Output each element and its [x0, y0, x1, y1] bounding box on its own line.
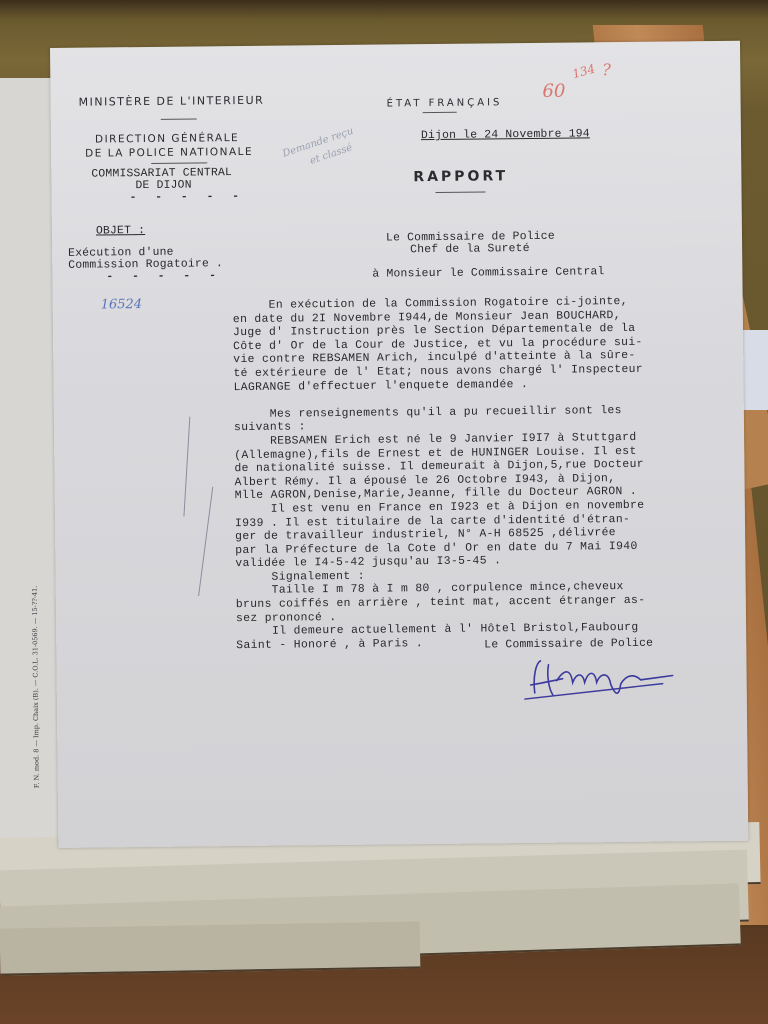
- red-folio-number: 60: [542, 81, 565, 102]
- stacked-sheet: [0, 921, 420, 975]
- report-page: MINISTÈRE DE L'INTERIEUR DIRECTION GÉNÉR…: [50, 41, 748, 848]
- divider: [161, 118, 197, 119]
- divider: [436, 191, 486, 193]
- red-mark: ?: [602, 60, 611, 79]
- direction-line-1: DIRECTION GÉNÉRALE: [95, 132, 239, 146]
- recipient: à Monsieur le Commissaire Central: [372, 266, 604, 282]
- sender-line-2: Chef de la Sureté: [410, 243, 530, 258]
- objet-dashes: - - - - -: [106, 270, 222, 285]
- cloth-strip: [742, 330, 768, 410]
- place-date: Dijon le 24 Novembre 194: [421, 128, 590, 143]
- direction-line-2: DE LA POLICE NATIONALE: [85, 146, 253, 160]
- blue-file-number: 16524: [101, 297, 143, 312]
- red-reference: 134: [571, 62, 597, 82]
- report-body: En exécution de la Commission Rogatoire …: [233, 296, 646, 654]
- ministry-heading: MINISTÈRE DE L'INTERIEUR: [79, 94, 265, 109]
- pencil-stroke: [198, 487, 213, 596]
- objet-label: OBJET :: [96, 225, 145, 239]
- handwritten-signature: Hlehuge: [522, 653, 683, 705]
- divider: [151, 162, 207, 164]
- state-heading: ÉTAT FRANÇAIS: [387, 97, 503, 109]
- document-title: RAPPORT: [413, 168, 508, 185]
- pencil-stroke: [183, 417, 190, 517]
- divider: [423, 112, 457, 113]
- dashes: - - - - -: [130, 191, 246, 206]
- signatory-title: Le Commissaire de Police: [484, 638, 653, 653]
- signature-icon: [522, 653, 683, 705]
